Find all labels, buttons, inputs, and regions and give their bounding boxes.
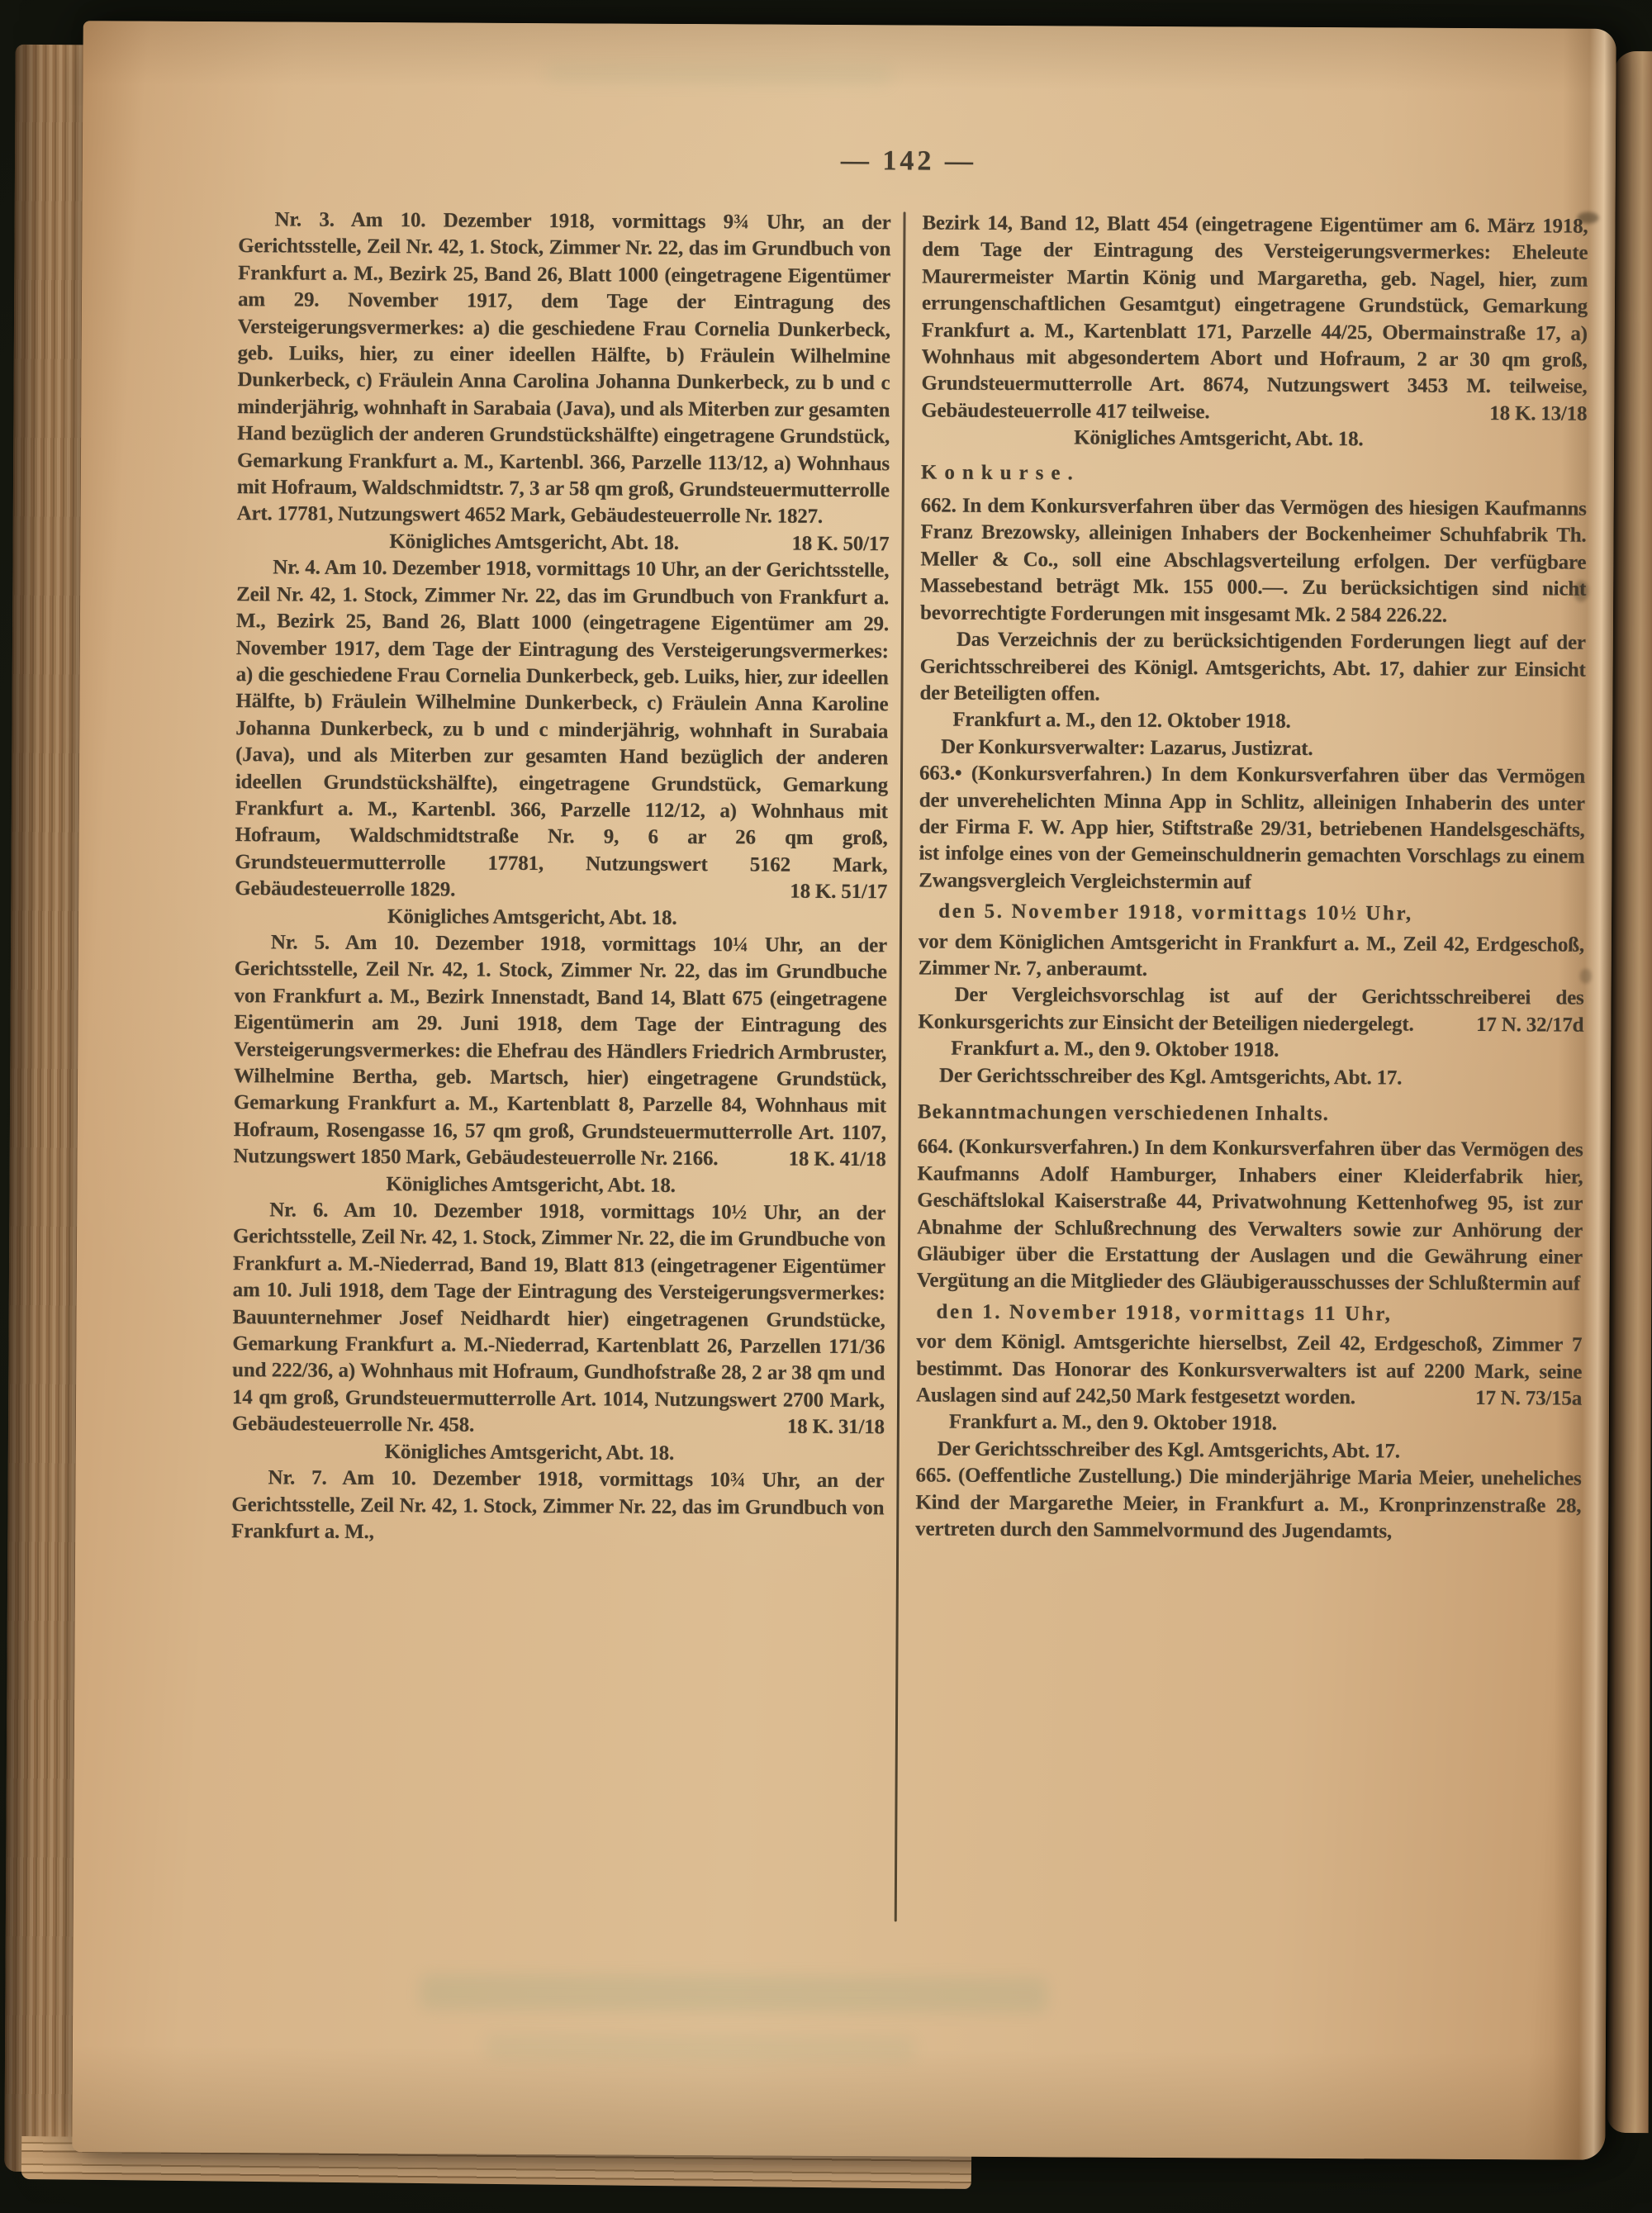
section-heading-konkurse: Konkurse.: [921, 459, 1587, 490]
case-number: 18 K. 31/18: [736, 1414, 885, 1441]
verso-showthrough: [545, 63, 892, 86]
hearing-date-line: den 5. November 1918, vormittags 10½ Uhr…: [919, 899, 1584, 929]
bankruptcy-notice-664: 664. (Konkursverfahren.) In dem Konkursv…: [917, 1134, 1583, 1299]
auction-notice-nr3: Nr. 3. Am 10. Dezember 1918, vormittags …: [237, 207, 891, 531]
notice-text: Bezirk 14, Band 12, Blatt 454 (eingetrag…: [921, 211, 1588, 423]
case-number: 17 N. 73/15a: [1460, 1385, 1582, 1413]
auction-notice-nr7-continuation: Bezirk 14, Band 12, Blatt 454 (eingetrag…: [921, 210, 1588, 427]
photographed-book-scene: — 142 — Nr. 3. Am 10. Dezember 1918, vor…: [0, 0, 1652, 2213]
case-number: 18 K. 50/17: [740, 530, 889, 558]
notice-663-continuation: vor dem Königlichen Amtsgericht in Frank…: [919, 928, 1584, 985]
auction-notice-nr4: Nr. 4. Am 10. Dezember 1918, vormittags …: [235, 554, 889, 905]
clerk-signature: Der Gerichtsschreiber des Kgl. Amtsgeric…: [916, 1436, 1582, 1466]
two-column-text: Nr. 3. Am 10. Dezember 1918, vormittags …: [230, 207, 1588, 1926]
case-number: 18 K. 41/18: [738, 1147, 886, 1174]
bankruptcy-notice-663: 663.• (Konkursverfahren.) In dem Konkurs…: [919, 761, 1585, 898]
court-signature: Königliches Amtsgericht, Abt. 18.: [235, 903, 887, 933]
page-number: — 142 —: [735, 145, 1082, 178]
notice-664-continuation: vor dem Königl. Amtsgerichte hierselbst,…: [916, 1329, 1582, 1413]
court-signature: Königliches Amtsgericht, Abt. 18.: [233, 1171, 885, 1201]
column-divider-rule: [895, 211, 906, 1921]
notice-text: Nr. 4. Am 10. Dezember 1918, vormittags …: [235, 557, 889, 901]
verso-showthrough: [420, 1973, 1047, 2013]
auction-notice-nr5: Nr. 5. Am 10. Dezember 1918, vormittags …: [233, 929, 887, 1174]
case-number: 17 N. 32/17d: [1425, 1011, 1583, 1038]
notice-662-paragraph: Das Verzeichnis der zu berücksichtigende…: [919, 627, 1585, 710]
section-heading-bekanntmachungen: Bekanntmachungen verschiedenen Inhalts.: [918, 1099, 1583, 1129]
administrator-signature: Der Konkursverwalter: Lazarus, Justizrat…: [919, 734, 1585, 764]
auction-notice-nr7-start: Nr. 7. Am 10. Dezember 1918, vormittags …: [231, 1465, 884, 1548]
court-signature: Königliches Amtsgericht, Abt. 18.: [232, 1438, 885, 1469]
dateline-place: Frankfurt a. M., den 12. Oktober 1918.: [919, 707, 1585, 738]
notice-text: Nr. 3. Am 10. Dezember 1918, vormittags …: [237, 208, 891, 528]
dateline-place: Frankfurt a. M., den 9. Oktober 1918.: [916, 1409, 1582, 1440]
left-column: Nr. 3. Am 10. Dezember 1918, vormittags …: [231, 207, 890, 1548]
right-column: Bezirk 14, Band 12, Blatt 454 (eingetrag…: [915, 210, 1588, 1546]
hearing-date-line: den 1. November 1918, vormittags 11 Uhr,: [917, 1299, 1583, 1329]
verso-showthrough: [486, 2035, 915, 2062]
public-service-notice-665: 665. (Oeffentliche Zustellung.) Die mind…: [915, 1463, 1581, 1546]
case-number: 18 K. 51/17: [738, 878, 887, 905]
case-number: 18 K. 13/18: [1474, 401, 1587, 428]
bankruptcy-notice-662: 662. In dem Konkursverfahren über das Ve…: [920, 493, 1587, 630]
auction-notice-nr6: Nr. 6. Am 10. Dezember 1918, vormittags …: [232, 1197, 886, 1441]
dateline-place: Frankfurt a. M., den 9. Oktober 1918.: [918, 1036, 1583, 1066]
clerk-signature: Der Gerichtsschreiber des Kgl. Amtsgeric…: [918, 1062, 1583, 1093]
gazette-page: — 142 — Nr. 3. Am 10. Dezember 1918, vor…: [72, 21, 1616, 2160]
notice-text: Nr. 6. Am 10. Dezember 1918, vormittags …: [232, 1199, 885, 1437]
court-signature: Königliches Amtsgericht, Abt. 18.: [921, 425, 1587, 455]
notice-text: Nr. 5. Am 10. Dezember 1918, vormittags …: [234, 931, 887, 1170]
notice-663-paragraph: Der Vergleichsvorschlag ist auf der Geri…: [918, 982, 1583, 1039]
